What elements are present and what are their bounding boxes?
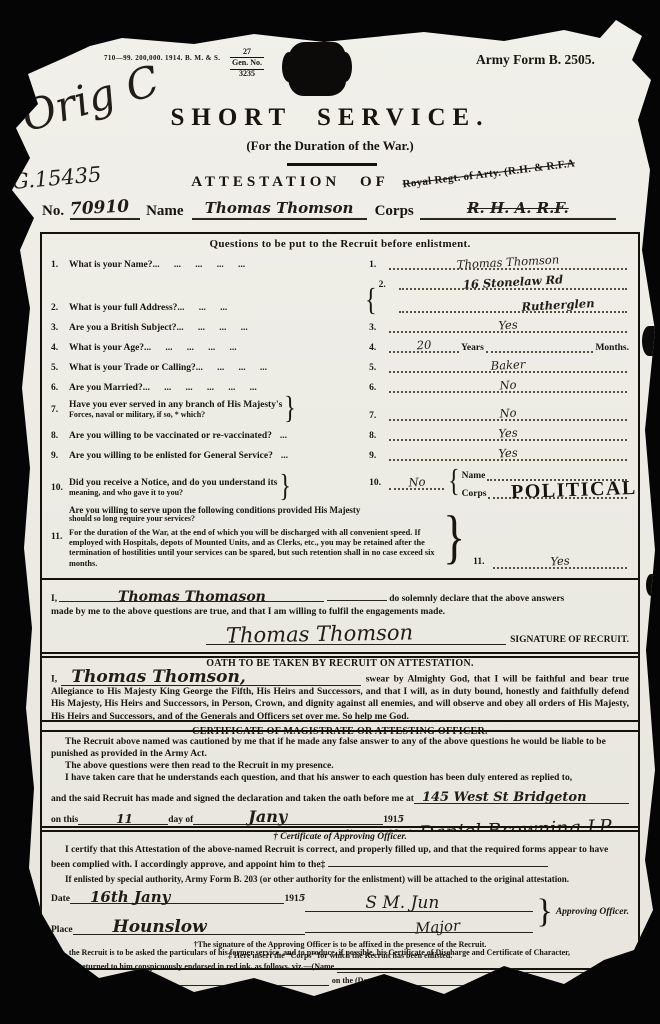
fine-print-line-2: should be returned to him conspicuously … (44, 962, 626, 973)
q4-months-line (486, 339, 594, 353)
title-divider (287, 163, 377, 166)
q3-answer-line: Yes (389, 319, 627, 333)
place-hw: Hounslow (113, 917, 207, 937)
place-label: Place (51, 925, 73, 935)
q2-answer-number: 2. (379, 280, 397, 290)
question-row-2: 2. What is your full Address? ... ... ..… (51, 276, 629, 313)
gen-no-value: 3235 (230, 70, 264, 79)
q3-answer: Yes (498, 318, 518, 333)
approving-para-2: If enlisted by special authority, Army F… (51, 874, 629, 886)
q5-number: 5. (51, 363, 69, 373)
q3-label: Are you a British Subject? (69, 323, 177, 333)
question-row-11: 11. Are you willing to serve upon the fo… (51, 505, 629, 570)
q1-answer-number: 1. (369, 260, 387, 270)
q10-label-2: meaning, and who gave it to you? (69, 489, 277, 498)
declaration-post: do solemnly declare that the above answe… (389, 594, 564, 604)
magistrate-para-1: The Recruit above named was cautioned by… (51, 737, 629, 761)
q5-answer-line: Baker (389, 359, 627, 373)
royal-crest-icon (288, 42, 346, 96)
q8-answer-number: 8. (369, 431, 387, 441)
oath-name-line: Thomas Thomson, (61, 671, 361, 686)
recruit-signature-line: Thomas Thomson (206, 628, 506, 645)
recruit-signature-row: Thomas Thomson SIGNATURE OF RECRUIT. (51, 628, 629, 645)
question-row-3: 3. Are you a British Subject? ... ... ..… (51, 319, 629, 333)
q7-number: 7. (51, 405, 69, 415)
officer-signature-block: S M. Jun Major } Approving Officer. (305, 889, 629, 935)
q11-answer-number: 11. (473, 557, 491, 567)
q7-answer-line: No (389, 407, 627, 421)
month-line: Jany (193, 812, 383, 825)
gen-no-label: Gen. No. (230, 57, 264, 70)
on-this-label: on this (51, 815, 78, 825)
political-stamp: POLITICAL (511, 476, 637, 503)
fine-print-line-2-text: should be returned to him conspicuously … (44, 962, 334, 973)
scanned-attestation-document: { "page": { "print_code": "710—99. 200,0… (0, 0, 660, 1024)
handwritten-recruit-name: Thomas Thomson (205, 199, 354, 217)
question-row-7: 7. Have you ever served in any branch of… (51, 399, 629, 421)
oath-name-hw: Thomas Thomson, (71, 666, 245, 688)
day-hw: 11 (116, 812, 133, 826)
magistrate-place-hw: 145 West St Bridgeton (422, 790, 587, 805)
q8-number: 8. (51, 431, 69, 441)
q9-answer: Yes (498, 445, 518, 460)
handwritten-corps-value: R. H. A. R.F. (467, 199, 569, 217)
place-line: Hounslow (73, 918, 306, 935)
q6-dots: ... ... ... ... ... ... (143, 383, 257, 393)
magistrate-para-2: The above questions were then read to th… (51, 761, 629, 773)
q4-dots: ... ... ... ... ... (144, 343, 237, 353)
question-row-5: 5. What is your Trade or Calling? ... ..… (51, 359, 629, 373)
q5-answer: Baker (490, 357, 525, 373)
name-label: Name (146, 203, 184, 220)
corps-blank-line (328, 856, 548, 867)
q1-answer: Thomas Thomson (457, 252, 560, 271)
q9-answer-line: Yes (389, 447, 627, 461)
approving-year-printed: 191 (284, 894, 298, 904)
questions-heading: Questions to be put to the Recruit befor… (51, 238, 629, 250)
gen-no-stamp: 27 Gen. No. 3235 (230, 48, 264, 78)
q9-label: Are you willing to be enlisted for Gener… (69, 451, 273, 461)
month-hw: Jany (248, 807, 287, 826)
date-line: 16th Jany (70, 891, 284, 904)
q2-answer-1: 16 Stonelaw Rd (462, 272, 563, 291)
declaration-name-hw: Thomas Thomason (118, 589, 266, 605)
magistrate-heading: CERTIFICATE OF MAGISTRATE OR ATTESTING O… (51, 726, 629, 737)
q11-answer-line: Yes (493, 555, 627, 569)
oath-paragraph: I, Thomas Thomson, swear by Almighty God… (51, 671, 629, 723)
approving-para-1: I certify that this Attestation of the a… (51, 844, 629, 872)
declaration-post-2: made by me to the above questions are tr… (51, 606, 629, 619)
q4-number: 4. (51, 343, 69, 353)
q11-conditions-paragraph: For the duration of the War, at the end … (69, 528, 441, 569)
q11-label-2: should so long require your services? (69, 515, 441, 524)
officer-signature-line: S M. Jun (305, 891, 533, 912)
q10-answer-line: No (389, 476, 444, 490)
army-form-reference: Army Form B. 2505. (476, 52, 595, 68)
q4-age-line: 20 (389, 339, 459, 353)
q2-answer-line-1: 16 Stonelaw Rd (399, 276, 627, 290)
q4-answer-number: 4. (369, 343, 387, 353)
ink-blot (646, 574, 656, 596)
q7-answer-number: 7. (369, 411, 387, 421)
q11-number: 11. (51, 532, 69, 542)
declaration-paragraph: I, Thomas Thomason do solemnly declare t… (51, 587, 629, 619)
fine-print-date-blank (379, 977, 623, 986)
fine-print-regiment-blank (85, 977, 329, 986)
q10-brace-left: } (279, 474, 291, 502)
question-row-6: 6. Are you Married? ... ... ... ... ... … (51, 379, 629, 393)
magistrate-before-me: and the said Recruit has made and signed… (51, 794, 414, 804)
q8-label: Are you willing to be vaccinated or re-v… (69, 431, 272, 441)
officer-label: Approving Officer. (556, 907, 629, 917)
document-subtitle: (For the Duration of the War.) (4, 138, 656, 154)
q6-answer-number: 6. (369, 383, 387, 393)
approving-year-hw: 5 (299, 893, 306, 904)
q9-number: 9. (51, 451, 69, 461)
q2-label: What is your full Address? (69, 303, 177, 313)
magistrate-para-3-text: I have taken care that he understands ea… (65, 773, 572, 783)
q1-dots: ... ... ... ... ... (152, 260, 245, 270)
q1-number: 1. (51, 260, 69, 270)
q9-dots: ... (281, 451, 288, 461)
q2-answer-2: Rutherglen (522, 296, 596, 314)
q4-years-label: Years (461, 343, 484, 353)
q2-brace: { (365, 288, 377, 316)
question-row-8: 8. Are you willing to be vaccinated or r… (51, 427, 629, 441)
q10-name-corps: Name Corps POLITICAL (462, 467, 629, 499)
q4-label: What is your Age? (69, 343, 144, 353)
fine-print-date-label: on the (Date) (332, 976, 376, 987)
handwritten-service-number: 70910 (70, 196, 130, 219)
q9-answer-number: 9. (369, 451, 387, 461)
fine-print-line-3: (Regiment) on the (Date) (44, 976, 626, 987)
date-place-block: Date 16th Jany 1915 Place Hounslow (51, 889, 305, 935)
q8-answer: Yes (498, 425, 518, 440)
q5-answer-number: 5. (369, 363, 387, 373)
question-row-4: 4. What is your Age? ... ... ... ... ...… (51, 339, 629, 353)
q7-brace: } (284, 396, 296, 424)
q5-dots: ... ... ... ... (196, 363, 267, 373)
fine-print-regiment-label: (Regiment) (44, 976, 82, 987)
document-paper: 710—99. 200,000. 1914. B. M. & S. 27 Gen… (4, 8, 656, 1008)
q7-answer: No (499, 405, 517, 420)
q10-corps-label: Corps (462, 489, 487, 499)
q1-label: What is your Name? (69, 260, 152, 270)
q7-label-2: Forces, naval or military, if so, * whic… (69, 411, 282, 420)
corps-label: Corps (375, 203, 414, 220)
q8-answer-line: Yes (389, 427, 627, 441)
q8-dots: ... (280, 431, 287, 441)
magistrate-section: CERTIFICATE OF MAGISTRATE OR ATTESTING O… (40, 720, 640, 832)
ink-blot (642, 326, 656, 356)
q1-answer-line: Thomas Thomson (389, 256, 627, 270)
officer-signature-hw: S M. Jun (365, 893, 439, 913)
day-line: 11 (78, 812, 168, 825)
identity-line: No. 70910 Name Thomas Thomson Corps R. H… (42, 198, 622, 220)
q3-dots: ... ... ... ... (177, 323, 248, 333)
date-hw: 16th Jany (90, 888, 170, 906)
day-of-label: day of (168, 815, 193, 825)
q6-label: Are you Married? (69, 383, 143, 393)
question-row-9: 9. Are you willing to be enlisted for Ge… (51, 447, 629, 461)
magistrate-para-3: I have taken care that he understands ea… (51, 773, 629, 785)
officer-rank-hw: Major (415, 917, 461, 938)
q10-answer: No (408, 474, 426, 489)
q5-label: What is your Trade or Calling? (69, 363, 196, 373)
fine-print-name-blank (337, 964, 623, 973)
no-label: No. (42, 203, 64, 220)
fine-print-line-1: * If so, the Recruit is to be asked the … (44, 948, 626, 959)
recruit-signature-hw: Thomas Thomson (226, 620, 413, 647)
q11-brace: } (443, 510, 465, 564)
approving-bottom: Date 16th Jany 1915 Place Hounslow S M. … (51, 889, 629, 935)
q2-dots: ... ... ... (177, 303, 227, 313)
q2-answer-stack: 2. 16 Stonelaw Rd Rutherglen (379, 276, 629, 313)
q6-number: 6. (51, 383, 69, 393)
q4-months-label: Months. (595, 343, 629, 353)
q3-answer-number: 3. (369, 323, 387, 333)
year-hw: 5 (398, 814, 405, 825)
gen-no-top: 27 (230, 48, 264, 57)
q2-answer-line-2: Rutherglen (399, 299, 627, 313)
q10-number: 10. (51, 483, 69, 493)
q10-answer-number: 10. (369, 478, 387, 488)
bottom-fine-print: * If so, the Recruit is to be asked the … (44, 948, 626, 986)
declaration-pre: I, (51, 594, 57, 604)
q10-name-label: Name (462, 471, 486, 481)
q6-answer: No (499, 378, 517, 393)
recruit-signature-label: SIGNATURE OF RECRUIT. (510, 635, 629, 645)
magistrate-place-line: 145 West St Bridgeton (414, 791, 629, 804)
year-printed: 191 (383, 815, 397, 825)
officer-brace: } (536, 893, 552, 931)
approving-heading: † Certificate of Approving Officer. (51, 832, 629, 842)
q3-number: 3. (51, 323, 69, 333)
question-row-10: 10. Did you receive a Notice, and do you… (51, 467, 629, 499)
q11-answer: Yes (550, 554, 570, 569)
officer-rank-line: Major (305, 912, 533, 933)
oath-pre: I, (51, 675, 57, 685)
ink-blot (3, 636, 14, 682)
declaration-divider (42, 578, 638, 580)
magistrate-oath-line: and the said Recruit has made and signed… (51, 791, 629, 804)
q4-answer: 20 (416, 338, 431, 353)
q2-number: 2. (51, 303, 69, 313)
questions-section: Questions to be put to the Recruit befor… (40, 232, 640, 658)
printer-code: 710—99. 200,000. 1914. B. M. & S. (104, 54, 220, 62)
q10-brace-right: { (448, 469, 460, 497)
question-row-1: 1. What is your Name? ... ... ... ... ..… (51, 256, 629, 270)
q6-answer-line: No (389, 379, 627, 393)
document-title: SHORT SERVICE. (4, 104, 656, 132)
date-label: Date (51, 894, 70, 904)
